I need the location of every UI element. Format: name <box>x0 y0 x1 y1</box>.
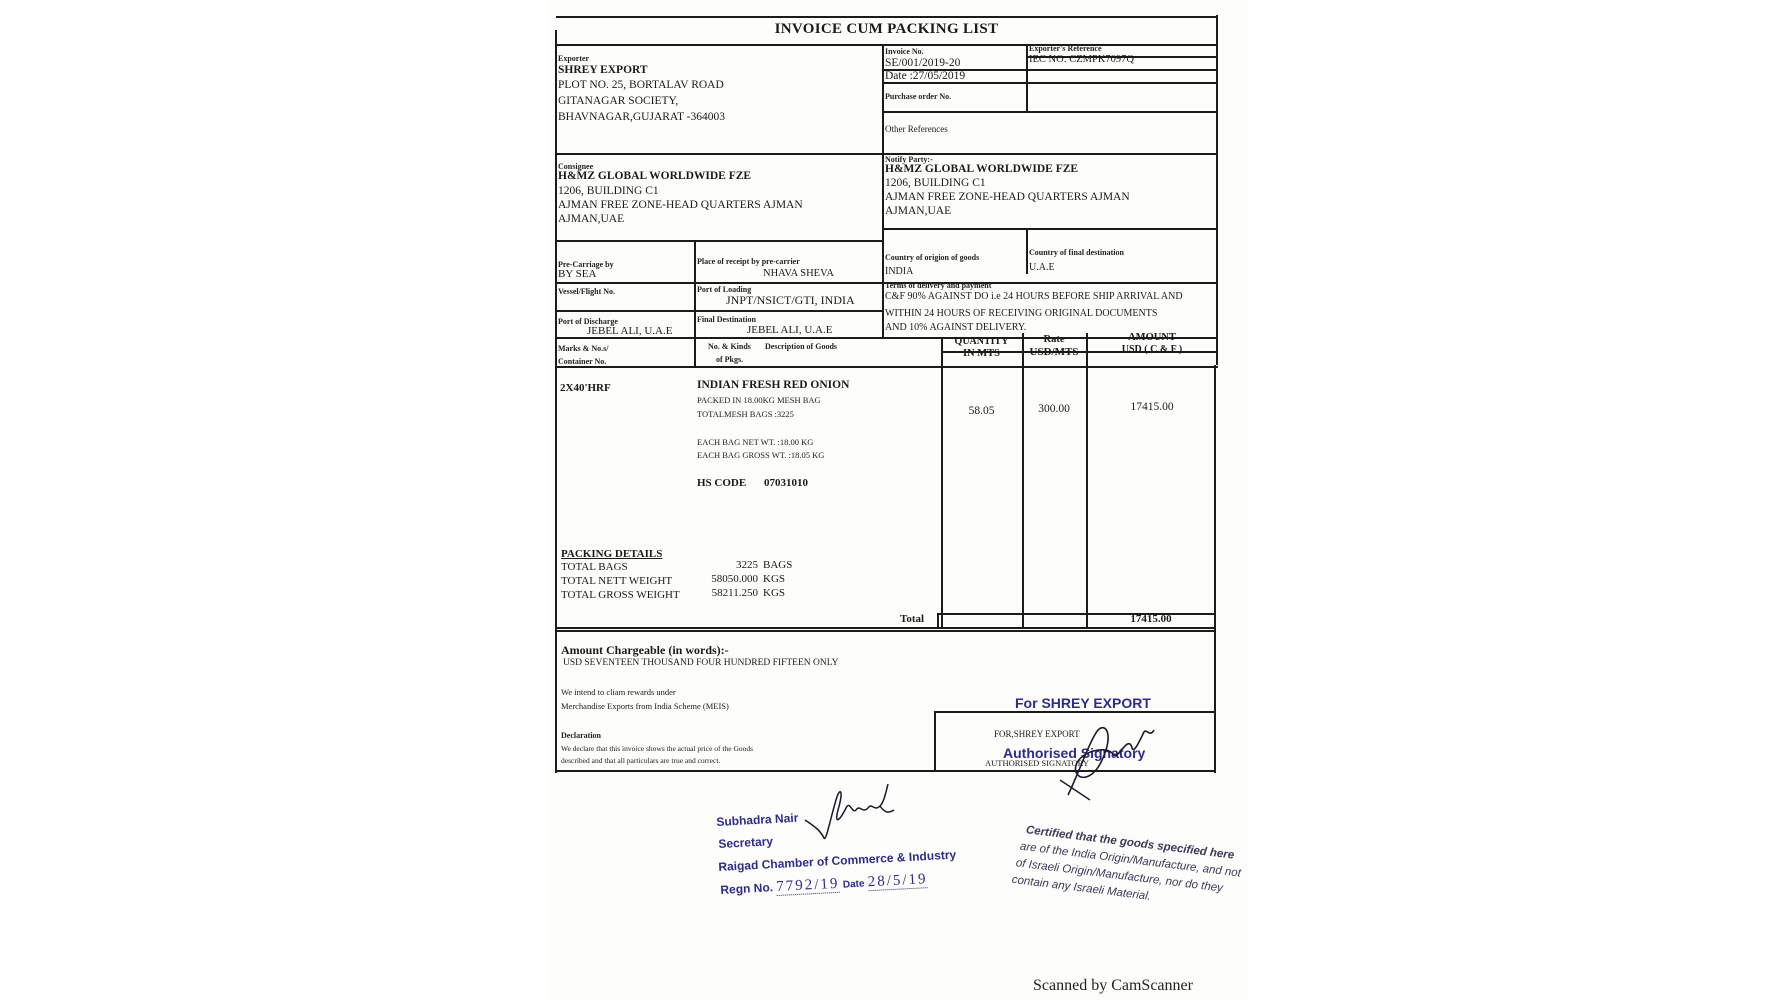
meis-line-2: Merchandise Exports from India Scheme (M… <box>561 700 729 713</box>
rate-value: 300.00 <box>1022 402 1086 418</box>
divider-amount <box>1086 333 1088 629</box>
border-right-upper <box>1216 15 1218 365</box>
amount-words-value: USD SEVENTEEN THOUSAND FOUR HUNDRED FIFT… <box>563 657 838 670</box>
terms-line-3: AND 10% AGAINST DELIVERY. <box>885 321 1026 334</box>
country-origin-value: INDIA <box>885 264 913 280</box>
goods-title: INDIAN FRESH RED ONION <box>697 378 849 394</box>
gross-weight-unit: KGS <box>763 586 785 602</box>
pre-carriage-value: BY SEA <box>558 267 596 283</box>
camscanner-watermark: Scanned by CamScanner <box>1033 977 1193 995</box>
regn-date-label: Date <box>843 878 865 890</box>
invoice-date: Date :27/05/2019 <box>885 69 965 85</box>
iec-number: IEC NO: CZMPK7097Q <box>1029 52 1134 68</box>
divider-rate <box>1022 333 1024 629</box>
notify-address-3: AJMAN,UAE <box>885 204 951 220</box>
quantity-header-2: IN MTS <box>941 347 1022 361</box>
rate-header-2: USD/MTS <box>1022 345 1086 359</box>
divider-header-bottom <box>556 366 1218 368</box>
country-destination-value: U.A.E <box>1029 260 1055 276</box>
kinds-header-1: No. & Kinds <box>708 342 751 351</box>
border-left <box>555 30 557 773</box>
total-amount: 17415.00 <box>1086 612 1216 628</box>
terms-line-2: WITHIN 24 HOURS OF RECEIVING ORIGINAL DO… <box>885 307 1157 320</box>
exporter-label: Exporter <box>558 54 589 63</box>
container-marks: 2X40'HRF <box>560 381 611 397</box>
place-of-receipt-value: NHAVA SHEVA <box>763 266 834 282</box>
exporter-address-1: PLOT NO. 25, BORTALAV ROAD <box>558 78 724 94</box>
exporter-name: SHREY EXPORT <box>558 63 648 79</box>
gross-weight-label: TOTAL GROSS WEIGHT <box>561 588 680 604</box>
declaration-label: Declaration <box>561 731 601 740</box>
border-top <box>556 16 1218 18</box>
other-references-label: Other References <box>885 122 948 136</box>
port-loading-value: JNPT/NSICT/GTI, INDIA <box>726 293 855 309</box>
secretary-signature <box>800 780 910 850</box>
chamber-secretary-title: Secretary <box>718 834 773 851</box>
declaration-line-1: We declare that this invoice shows the a… <box>561 743 753 755</box>
consignee-name: H&MZ GLOBAL WORLDWIDE FZE <box>558 169 751 185</box>
final-destination-value: JEBEL ALI, U.A.E <box>747 323 832 339</box>
regn-number: 7792/19 <box>776 876 840 896</box>
divider-notify-bottom <box>882 228 1218 230</box>
authorised-signature <box>1050 700 1170 800</box>
marks-header-2: Container No. <box>558 357 606 366</box>
goods-line-2: TOTALMESH BAGS :3225 <box>697 408 794 421</box>
amount-value: 17415.00 <box>1086 400 1218 416</box>
exporter-address-3: BHAVNAGAR,GUJARAT -364003 <box>558 110 725 126</box>
regn-date: 28/5/19 <box>867 871 928 891</box>
vessel-label: Vessel/Flight No. <box>558 287 615 296</box>
meis-line-1: We intend to cliam rewards under <box>561 686 676 699</box>
place-of-receipt-label: Place of receipt by pre-carrier <box>697 257 800 266</box>
divider-po <box>882 111 1218 113</box>
kinds-header-2: of Pkgs. <box>716 355 743 364</box>
regn-label: Regn No. <box>720 880 773 897</box>
marks-header-1: Marks & No.s/ <box>558 344 608 353</box>
country-destination-label: Country of final destination <box>1029 248 1124 257</box>
purchase-order-label: Purchase order No. <box>885 92 951 101</box>
consignee-address-3: AJMAN,UAE <box>558 212 624 228</box>
exporter-address-2: GITANAGAR SOCIETY, <box>558 94 678 110</box>
divider-quantity <box>941 337 943 629</box>
invoice-no-label: Invoice No. <box>885 47 924 56</box>
signatory-box-left <box>934 711 936 772</box>
country-origin-label: Country of origion of goods <box>885 253 979 262</box>
goods-line-1: PACKED IN 18.00KG MESH BAG <box>697 394 821 407</box>
terms-label: Terms of delivery and payment <box>885 281 991 290</box>
divider-amount-words-top <box>556 630 1216 632</box>
divider-row-vessel <box>556 310 884 312</box>
quantity-value: 58.05 <box>941 404 1022 420</box>
document-title: INVOICE CUM PACKING LIST <box>555 21 1218 38</box>
gross-weight-value: 58211.250 <box>672 586 758 602</box>
divider-col-2 <box>694 240 696 367</box>
divider-col-4 <box>1026 228 1028 274</box>
amount-header-2: USD ( C & F ) <box>1086 343 1218 357</box>
hs-code-label: HS CODE <box>697 476 746 492</box>
divider-ref <box>1026 44 1028 112</box>
title-divider <box>556 44 1218 46</box>
port-discharge-value: JEBEL ALI, U.A.E <box>587 324 672 340</box>
divider-mid-top <box>882 44 884 238</box>
goods-weight-1: EACH BAG NET WT. :18.00 KG <box>697 436 813 449</box>
declaration-line-2: described and that all particulars are t… <box>561 755 720 767</box>
goods-weight-2: EACH BAG GROSS WT. :18.05 KG <box>697 449 824 462</box>
terms-line-1: C&F 90% AGAINST DO i.e 24 HOURS BEFORE S… <box>885 290 1183 303</box>
description-header: Description of Goods <box>765 342 837 351</box>
divider-consignee-bottom <box>556 240 884 242</box>
hs-code-value: 07031010 <box>764 476 808 492</box>
total-label: Total <box>900 612 924 628</box>
